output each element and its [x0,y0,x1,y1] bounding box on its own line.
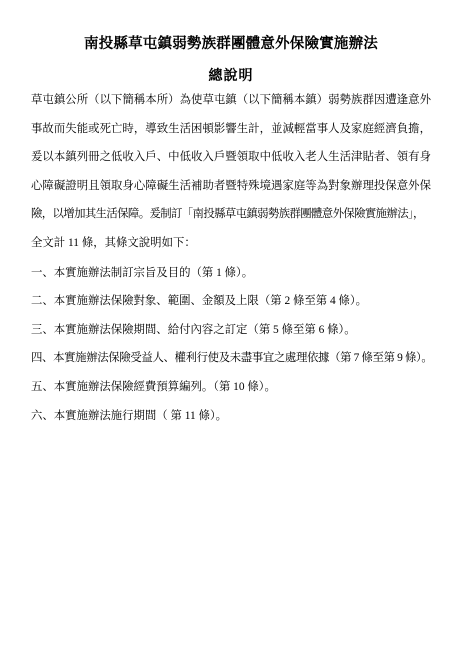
document-item-list: 一、本實施辦法制訂宗旨及目的（第 1 條）。 二、本實施辦法保險對象、範圍、金額… [31,259,431,431]
list-item: 二、本實施辦法保險對象、範圍、金額及上限（第 2 條至第 4 條）。 [31,287,431,316]
document-title: 南投縣草屯鎮弱勢族群團體意外保險實施辦法 [0,0,462,52]
paragraph-line: 草屯鎮公所（以下簡稱本所）為使草屯鎮（以下簡稱本鎮）弱勢族群因遭逢意外 [31,86,431,115]
list-item: 四、本實施辦法保險受益人、權利行使及未盡事宜之處理依據（第 7 條至第 9 條）… [31,344,431,373]
document-subtitle: 總說明 [0,69,462,85]
paragraph-line: 事故而失能或死亡時，導致生活困頓影響生計，並減輕當事人及家庭經濟負擔， [31,115,431,144]
document-page: 南投縣草屯鎮弱勢族群團體意外保險實施辦法 總說明 草屯鎮公所（以下簡稱本所）為使… [0,0,462,650]
paragraph-line: 心障礙證明且領取身心障礙生活補助者暨特殊境遇家庭等為對象辦理投保意外保 [31,172,431,201]
paragraph-line: 全文計 11 條，其條文說明如下： [31,229,431,258]
document-body: 草屯鎮公所（以下簡稱本所）為使草屯鎮（以下簡稱本鎮）弱勢族群因遭逢意外 事故而失… [31,86,431,258]
paragraph-line: 爰以本鎮列冊之低收入戶、中低收入戶暨領取中低收入老人生活津貼者、領有身 [31,143,431,172]
list-item: 五、本實施辦法保險經費預算編列。（第 10 條）。 [31,373,431,402]
list-item: 六、本實施辦法施行期間（ 第 11 條）。 [31,402,431,431]
list-item: 一、本實施辦法制訂宗旨及目的（第 1 條）。 [31,259,431,288]
list-item: 三、本實施辦法保險期間、給付內容之訂定（第 5 條至第 6 條）。 [31,316,431,345]
paragraph-line: 險，以增加其生活保障。爰制訂「南投縣草屯鎮弱勢族群團體意外保險實施辦法」， [31,200,431,229]
